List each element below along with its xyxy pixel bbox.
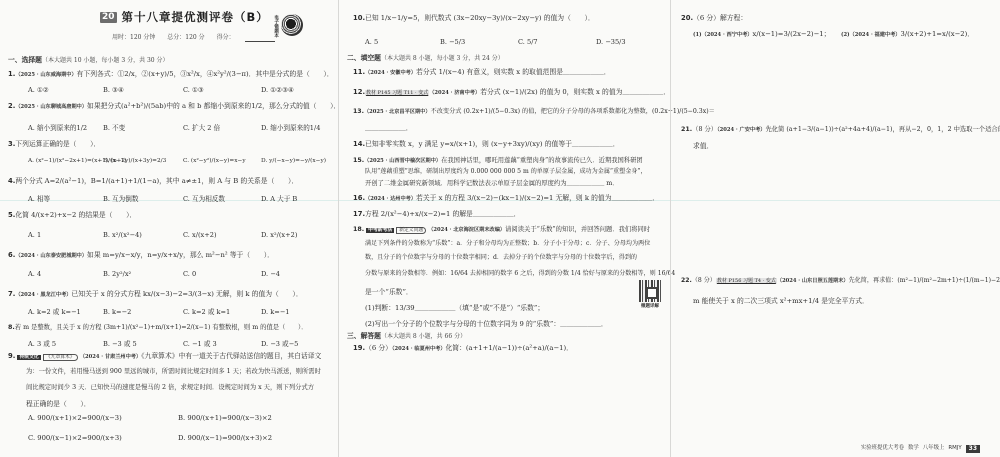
option-b[interactable]: B. ③④	[103, 86, 183, 94]
column-3: 20.（6 分）解方程： (1)（2024 · 西宁中考）x/(x−1)=3/(…	[670, 0, 1000, 457]
exam-page: 20 第十八章提优测评卷（B） 电子错题本 用时：120 分钟 总分：120 分…	[0, 0, 1000, 457]
option-c[interactable]: C. 互为相反数	[183, 195, 261, 203]
tag-textbook-variant: 教材 P156 习题 T4 · 变式	[716, 278, 777, 284]
question-17: 17.方程 2/(x²−4)+x/(x−2)=1 的解是＿＿＿＿＿＿．	[353, 210, 520, 218]
question-18-line-3: 数，且分子的个位数字与分母的十位数字相同；d．去掉分子的个位数字与分母的十位数字…	[365, 254, 637, 262]
question-13: 13.（2025 · 北京昌平区期中）不改变分式 (0.2x+1)/(5−0.3…	[353, 108, 715, 116]
option-d[interactable]: D. y/(−x−y)=−y/(x−y)	[261, 158, 326, 165]
section-title: 一、选择题（本大题共 10 小题，每小题 3 分，共 30 分）	[8, 56, 169, 65]
question-22-line-2: m 能使关于 x 的二次三项式 x²+mx+1/4 是完全平方式．	[693, 297, 869, 305]
qr-caption: 微题详解	[641, 304, 659, 310]
question-15-line-2: 队用“莲藕重塑”思维，研制出厚度约为 0.000 000 000 5 m 的单原…	[365, 168, 647, 176]
tag-new-exam-method: 中考新考法	[366, 228, 394, 233]
column-2: 10.已知 1/x−1/y=5，则代数式 (3x−20xy−3y)/(x−2xy…	[338, 0, 668, 457]
option-c[interactable]: C. 0	[183, 270, 261, 278]
option-a[interactable]: A. k=2 或 k=−1	[28, 308, 103, 316]
qr-code-icon[interactable]	[639, 280, 661, 302]
option-d[interactable]: D. A 大于 B	[261, 195, 297, 203]
question-22: 22.（8 分）教材 P156 习题 T4 · 变式（2024 · 山东日照五莲…	[681, 277, 1000, 285]
question-21: 21.（8 分）（2024 · 广安中考）先化简 (a+1−3/(a−1))÷(…	[681, 126, 1000, 134]
option-d[interactable]: D. 缩小到原来的1/4	[261, 124, 320, 132]
question-19: 19.（6 分）（2024 · 临夏州中考）化简：(a+1+1/(a−1))÷(…	[353, 344, 573, 353]
question-10-options: A. 5 B. −5/3 C. 5/7 D. −35/3	[365, 38, 626, 46]
option-a[interactable]: A. 相等	[28, 195, 103, 203]
question-18-sub-2: (2)写出一个分子的个位数字与分母的十位数字同为 9 的“乐数”：＿＿＿＿＿＿．	[365, 320, 608, 328]
option-a[interactable]: A. 3 或 5	[28, 340, 103, 348]
total-score: 总分：120 分	[167, 34, 204, 41]
question-6: 6.（2024 · 山东泰安肥城期中）如果 m=y/x−x/y，n=y/x+x/…	[8, 251, 274, 260]
option-b[interactable]: B. 2y²/x²	[103, 270, 183, 278]
question-4-options: A. 相等 B. 互为倒数 C. 互为相反数 D. A 大于 B	[28, 195, 297, 203]
question-1-options: A. ①② B. ③④ C. ①③ D. ①②③④	[28, 86, 294, 94]
option-c[interactable]: C. 扩大 2 倍	[183, 124, 261, 132]
question-21-line-2: 求值．	[693, 142, 713, 150]
option-b[interactable]: B. x²/(x²−4)	[103, 231, 183, 239]
question-16: 16.（2024 · 达州中考）若关于 x 的方程 3/(x−2)−(kx−1)…	[353, 194, 659, 203]
option-d[interactable]: D. 900/(x−1)=900/(x+3)×2	[178, 434, 272, 442]
question-6-options: A. 4 B. 2y²/x² C. 0 D. −4	[28, 270, 280, 278]
question-14: 14.已知非零实数 x，y 满足 y=x/(x+1)，则 (x−y+3xy)/(…	[353, 140, 620, 148]
question-4: 4.两个分式 A=2/(a²−1)，B=1/(a+1)+1/(1−a)，其中 a…	[8, 177, 298, 185]
question-9-line-4: 程正确的是（ ）．	[26, 400, 91, 408]
option-a[interactable]: A. (x²−1)/(x²−2x+1)=(x+1)/(x−1)	[28, 158, 103, 165]
question-15-line-3: 开创了二维金属研究新领域．用科学记数法表示单原子层金属的厚度约为＿＿＿＿＿＿ m…	[365, 180, 619, 188]
option-a[interactable]: A. 900/(x+1)×2=900/(x−3)	[28, 414, 122, 422]
option-b[interactable]: B. (x+2y)/(x+3y)=2/3	[103, 158, 183, 165]
question-18-line-4: 分数与原来的分数相等．例如：16/64 去掉相同的数字 6 之后，得到的分数 1…	[365, 270, 675, 278]
question-18-sub-1: (1)判断：13/39＿＿＿＿＿＿（填“是”或“不是”）“乐数”；	[365, 304, 544, 312]
book-name: 实验班提优大考卷	[861, 445, 904, 452]
option-a[interactable]: A. 缩小到原来的1/2	[28, 124, 103, 132]
section-title: 三、解答题（本大题共 8 小题，共 66 分）	[347, 332, 466, 341]
score-blank[interactable]	[245, 35, 275, 42]
option-a[interactable]: A. 1	[28, 231, 103, 239]
option-c[interactable]: C. k=2 或 k=1	[183, 308, 261, 316]
tag-traditional-culture: 传统文化	[17, 355, 40, 360]
option-d[interactable]: D. −35/3	[596, 38, 626, 46]
question-3: 3.下列运算正确的是（ ）．	[8, 140, 100, 148]
chapter-number-badge: 20	[100, 12, 117, 23]
question-9: 9. 传统文化 《九章算术》 （2024 · 甘肃兰州中考）《九章算术》中有一道…	[8, 352, 321, 361]
question-18-line-2: 满足下列条件的分数称为“乐数”：a．分子和分母均为正整数；b．分子小于分母；c．…	[365, 240, 650, 248]
option-b[interactable]: B. 900/(x+1)=900/(x−3)×2	[178, 414, 272, 422]
question-8-options: A. 3 或 5 B. −3 或 5 C. −1 或 3 D. −3 或−5	[28, 340, 298, 348]
grade: 八年级上	[923, 445, 945, 452]
question-8: 8.若 m 是整数，且关于 x 的方程 (3m+1)/(x²−1)+m/(x+1…	[8, 324, 307, 332]
option-c[interactable]: C. ①③	[183, 86, 261, 94]
option-c[interactable]: C. −1 或 3	[183, 340, 261, 348]
question-1: 1.（2025 · 山东威海期中）有下列各式：①2/x，②(x+y)/5，③x²…	[8, 70, 334, 79]
page-footer: 实验班提优大考卷 数学 八年级上 RMJY 33	[861, 445, 980, 453]
question-18: 18. 中考新考法 新定义问题 （2024 · 北京海淀区期末改编）请阅读关于“…	[353, 226, 650, 234]
exam-meta: 用时：120 分钟 总分：120 分 得分：	[112, 34, 285, 42]
column-1: 20 第十八章提优测评卷（B） 电子错题本 用时：120 分钟 总分：120 分…	[0, 0, 336, 457]
tag-textbook-variant: 教材 P145 习题 T11 · 变式	[365, 90, 429, 96]
question-7-options: A. k=2 或 k=−1 B. k=−2 C. k=2 或 k=1 D. k=…	[28, 308, 289, 316]
option-c[interactable]: C. 900/(x−1)×2=900/(x+3)	[28, 434, 122, 442]
score-label: 得分：	[217, 34, 235, 41]
question-18-line-5: 是一个“乐数”．	[365, 288, 413, 296]
option-a[interactable]: A. ①②	[28, 86, 103, 94]
edition: RMJY	[948, 445, 961, 452]
question-2: 2.（2025 · 山东聊城高唐期中）如果把分式(a²+b²)/(5ab)中的 …	[8, 102, 340, 111]
option-c[interactable]: C. (x²−y²)/(x−y)=x−y	[183, 158, 261, 165]
question-7: 7.（2024 · 黑龙江中考）已知关于 x 的分式方程 kx/(x−3)−2=…	[8, 290, 303, 299]
option-b[interactable]: B. −5/3	[440, 38, 518, 46]
option-d[interactable]: D. x²/(x+2)	[261, 231, 297, 239]
option-c[interactable]: C. 5/7	[518, 38, 596, 46]
question-11: 11.（2024 · 安徽中考）若分式 1/(x−4) 有意义，则实数 x 的取…	[353, 68, 611, 77]
question-3-options: A. (x²−1)/(x²−2x+1)=(x+1)/(x−1) B. (x+2y…	[28, 158, 326, 165]
option-c[interactable]: C. x/(x+2)	[183, 231, 261, 239]
question-10: 10.已知 1/x−1/y=5，则代数式 (3x−20xy−3y)/(x−2xy…	[353, 14, 595, 22]
question-5-options: A. 1 B. x²/(x²−4) C. x/(x+2) D. x²/(x+2)	[28, 231, 297, 239]
option-d[interactable]: D. ①②③④	[261, 86, 294, 94]
tag-source-book: 《九章算术》	[43, 354, 78, 361]
section-title: 二、填空题（本大题共 8 小题，每小题 3 分，共 24 分）	[347, 54, 504, 63]
question-9-line-2: 为：一份文件，若用慢马送到 900 里远的城市，所需时间比规定时间多 1 天；若…	[26, 368, 321, 376]
time-limit: 用时：120 分钟	[112, 34, 155, 41]
option-b[interactable]: B. −3 或 5	[103, 340, 183, 348]
subject: 数学	[908, 445, 919, 452]
question-9-line-3: 间比规定时间少 3 天．已知快马的速度是慢马的 2 倍，求规定时间．设规定时间为…	[26, 384, 314, 392]
question-2-options: A. 缩小到原来的1/2 B. 不变 C. 扩大 2 倍 D. 缩小到原来的1/…	[28, 124, 320, 132]
question-12: 12.教材 P145 习题 T11 · 变式（2024 · 济南中考）若分式 (…	[353, 88, 670, 97]
option-d[interactable]: D. −3 或−5	[261, 340, 298, 348]
tag-new-definition: 新定义问题	[396, 227, 426, 234]
option-a[interactable]: A. 4	[28, 270, 103, 278]
page-title: 第十八章提优测评卷（B）	[122, 10, 269, 24]
question-20: 20.（6 分）解方程：	[681, 14, 747, 22]
option-b[interactable]: B. k=−2	[103, 308, 183, 316]
title-row: 20 第十八章提优测评卷（B）	[100, 10, 269, 24]
page-number: 33	[966, 445, 980, 453]
question-15: 15.（2025 · 山西晋中榆次区期中）在我国神话里，哪吒用莲藕“重塑肉身”的…	[353, 157, 643, 165]
option-b[interactable]: B. 互为倒数	[103, 195, 183, 203]
option-d[interactable]: D. −4	[261, 270, 280, 278]
question-13-answer-blank[interactable]: ＿＿＿＿＿＿．	[365, 124, 413, 132]
option-a[interactable]: A. 5	[365, 38, 440, 46]
round-qr-code-icon[interactable]	[281, 14, 303, 36]
question-5: 5.化简 4/(x+2)+x−2 的结果是（ ）．	[8, 211, 136, 219]
option-d[interactable]: D. k=−1	[261, 308, 289, 316]
question-20-sub-1: (1)（2024 · 西宁中考）x/(x−1)=3/(2x−2)−1；	[693, 30, 830, 39]
question-20-sub-2: (2)（2024 · 福建中考）3/(x+2)+1=x/(x−2)．	[841, 30, 974, 39]
option-b[interactable]: B. 不变	[103, 124, 183, 132]
